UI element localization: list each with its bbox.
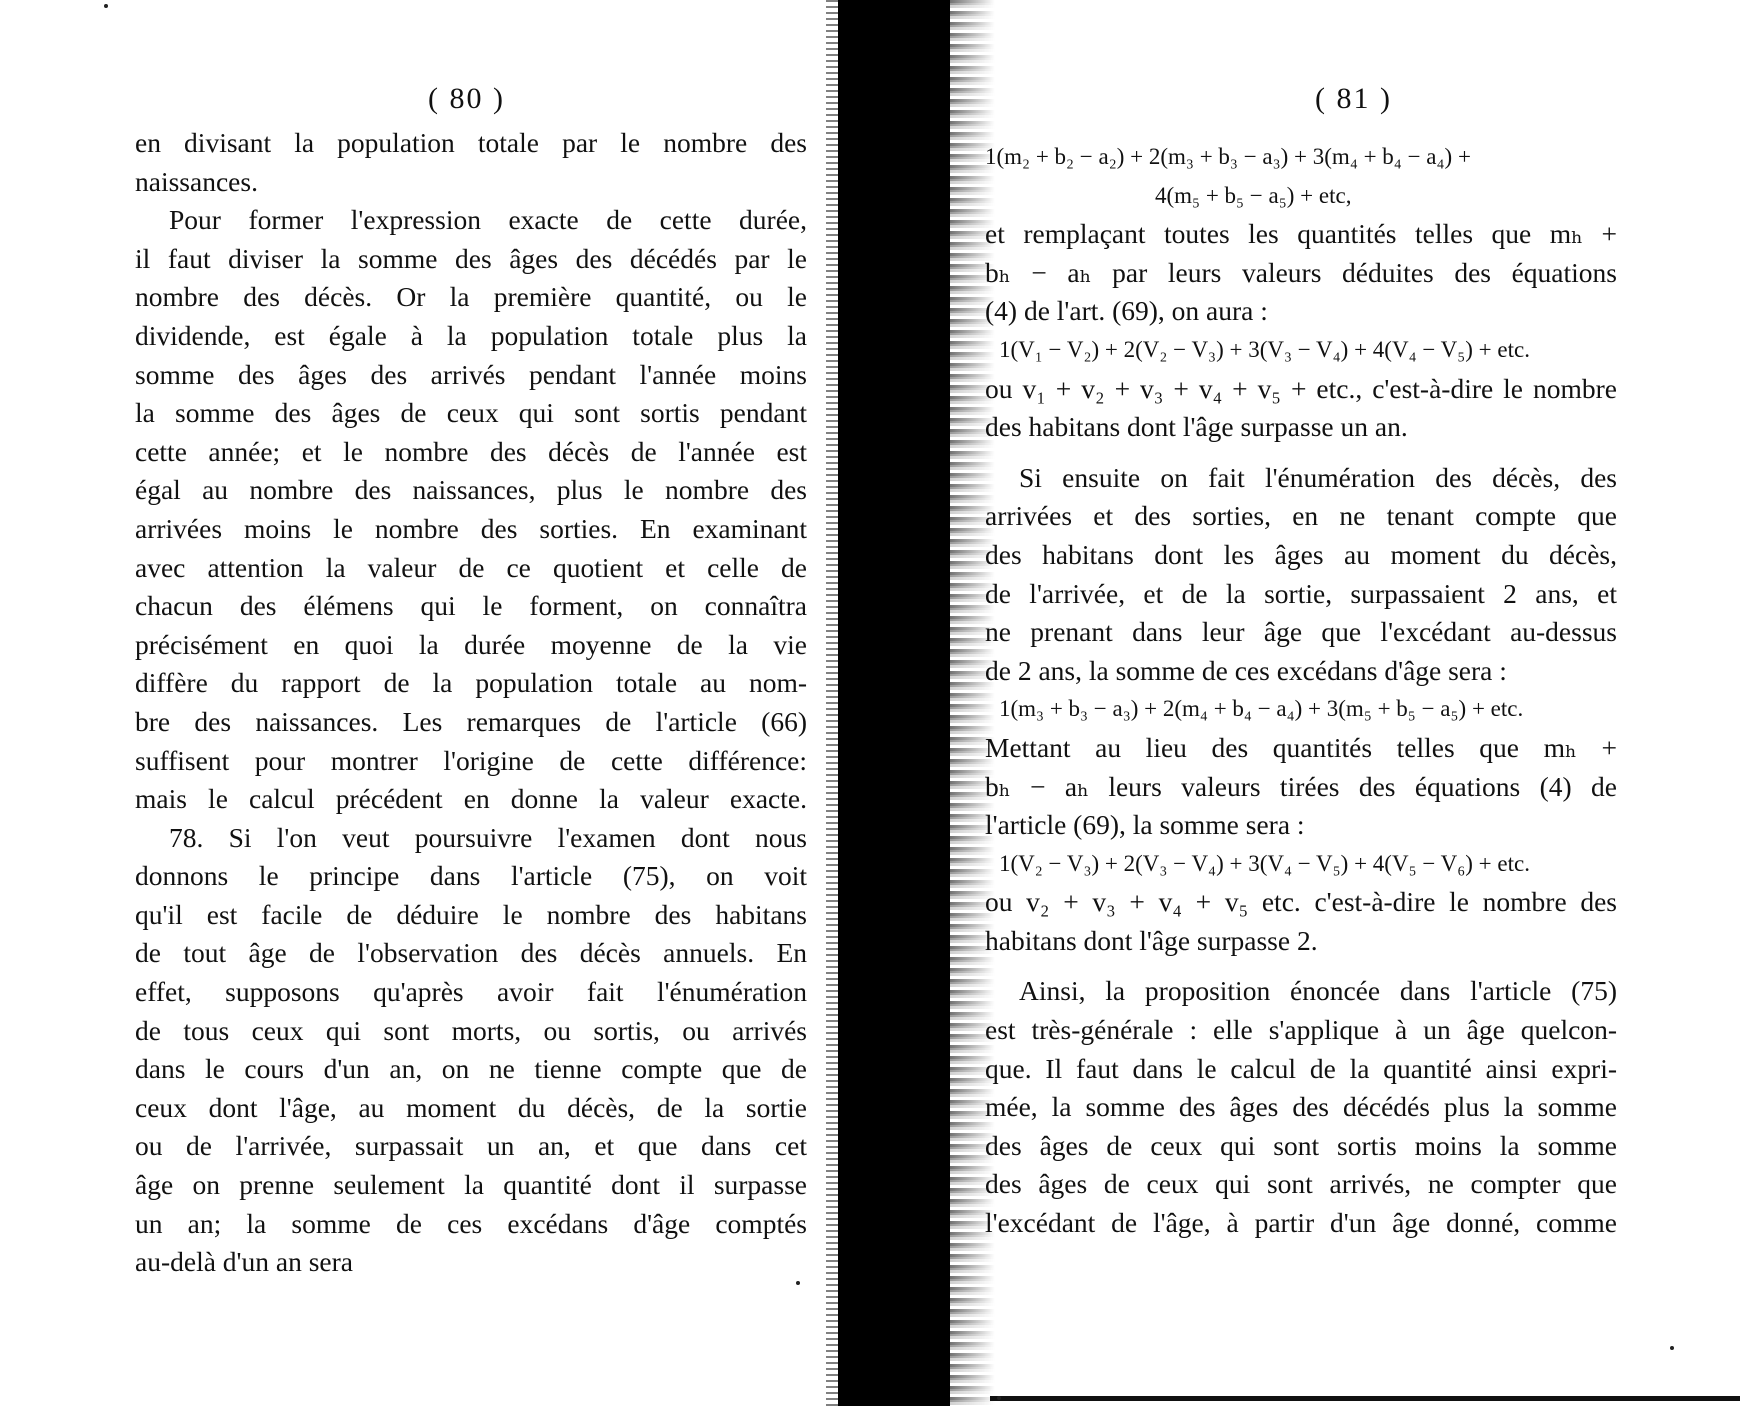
text-line: la somme des âges de ceux qui sont sorti… [135, 394, 807, 433]
text-line: de tous ceux qui sont morts, ou sortis, … [135, 1012, 807, 1051]
text-line: des habitans dont les âges au moment du … [985, 536, 1617, 575]
text-line: arrivées moins le nombre des sorties. En… [135, 510, 807, 549]
formula-line: 1(V₁ − V₂) + 2(V₂ − V₃) + 3(V₃ − V₄) + 4… [985, 331, 1617, 370]
text-line: est très-générale : elle s'applique à un… [985, 1011, 1617, 1050]
text-line: de 2 ans, la somme de ces excédans d'âge… [985, 652, 1617, 691]
text-line: au-delà d'un an sera [135, 1243, 807, 1282]
right-page: ( 81 ) 1(m₂ + b₂ − a₂) + 2(m₃ + b₃ − a₃)… [955, 0, 1740, 1406]
text-line: diffère du rapport de la population tota… [135, 664, 807, 703]
text-line: chacun des élémens qui le forment, on co… [135, 587, 807, 626]
text-line: Pour former l'expression exacte de cette… [135, 201, 807, 240]
left-page: ( 80 ) en divisant la population totale … [0, 0, 830, 1406]
formula-line: 1(V₂ − V₃) + 2(V₃ − V₄) + 3(V₄ − V₅) + 4… [985, 845, 1617, 884]
text-line: bₕ − aₕ leurs valeurs tirées des équatio… [985, 768, 1617, 807]
page-number-left: ( 80 ) [428, 82, 505, 116]
text-line: l'excédant de l'âge, à partir d'un âge d… [985, 1204, 1617, 1243]
text-line: en divisant la population totale par le … [135, 124, 807, 163]
text-line: il faut diviser la somme des âges des dé… [135, 240, 807, 279]
text-line: (4) de l'art. (69), on aura : [985, 292, 1617, 331]
text-line: qu'il est facile de déduire le nombre de… [135, 896, 807, 935]
text-line: mais le calcul précédent en donne la val… [135, 780, 807, 819]
text-line: des âges de ceux qui sont arrivés, ne co… [985, 1165, 1617, 1204]
text-line: habitans dont l'âge surpasse 2. [985, 922, 1617, 961]
formula-line: 4(m₅ + b₅ − a₅) + etc, [985, 177, 1617, 216]
text-line: bre des naissances. Les remarques de l'a… [135, 703, 807, 742]
text-line: cette année; et le nombre des décès de l… [135, 433, 807, 472]
text-line: et remplaçant toutes les quantités telle… [985, 215, 1617, 254]
text-line: nombre des décès. Or la première quantit… [135, 278, 807, 317]
binding-gutter [838, 0, 950, 1406]
text-line: naissances. [135, 163, 807, 202]
text-line: âge on prenne seulement la quantité dont… [135, 1166, 807, 1205]
text-line: de l'arrivée, et de la sortie, surpassai… [985, 575, 1617, 614]
text-line: dans le cours d'un an, on ne tienne comp… [135, 1050, 807, 1089]
text-line: Si ensuite on fait l'énumération des déc… [985, 459, 1617, 498]
text-line: mée, la somme des âges des décédés plus … [985, 1088, 1617, 1127]
text-line: arrivées et des sorties, en ne tenant co… [985, 497, 1617, 536]
text-line: ceux dont l'âge, au moment du décès, de … [135, 1089, 807, 1128]
text-line: ou v₁ + v₂ + v₃ + v₄ + v₅ + etc., c'est-… [985, 370, 1617, 409]
page-number-right: ( 81 ) [1315, 82, 1392, 116]
scan-speck [796, 1281, 800, 1285]
text-line: un an; la somme de ces excédans d'âge co… [135, 1205, 807, 1244]
text-line: de tout âge de l'observation des décès a… [135, 934, 807, 973]
text-line: l'article (69), la somme sera : [985, 806, 1617, 845]
text-line: que. Il faut dans le calcul de la quanti… [985, 1050, 1617, 1089]
scan-speck [1670, 1346, 1674, 1350]
text-line: bₕ − aₕ par leurs valeurs déduites des é… [985, 254, 1617, 293]
text-line: dividende, est égale à la population tot… [135, 317, 807, 356]
text-line: somme des âges des arrivés pendant l'ann… [135, 356, 807, 395]
text-line: avec attention la valeur de ce quotient … [135, 549, 807, 588]
page-edge-rule [990, 1396, 1740, 1401]
text-line: égal au nombre des naissances, plus le n… [135, 471, 807, 510]
text-line: Ainsi, la proposition énoncée dans l'art… [985, 972, 1617, 1011]
text-line: suffisent pour montrer l'origine de cett… [135, 742, 807, 781]
scan-speck [997, 1396, 1001, 1400]
text-line: ne prenant dans leur âge que l'excédant … [985, 613, 1617, 652]
text-line: ou v₂ + v₃ + v₄ + v₅ etc. c'est-à-dire l… [985, 883, 1617, 922]
text-line: précisément en quoi la durée moyenne de … [135, 626, 807, 665]
book-spread: ( 80 ) en divisant la population totale … [0, 0, 1740, 1406]
left-page-text: en divisant la population totale par le … [135, 124, 807, 1282]
formula-line: 1(m₃ + b₃ − a₃) + 2(m₄ + b₄ − a₄) + 3(m₅… [985, 690, 1617, 729]
text-line: des habitans dont l'âge surpasse un an. [985, 408, 1617, 447]
text-line: Mettant au lieu des quantités telles que… [985, 729, 1617, 768]
formula-line: 1(m₂ + b₂ − a₂) + 2(m₃ + b₃ − a₃) + 3(m₄… [985, 138, 1617, 177]
right-page-text: 1(m₂ + b₂ − a₂) + 2(m₃ + b₃ − a₃) + 3(m₄… [985, 138, 1617, 1243]
text-line: donnons le principe dans l'article (75),… [135, 857, 807, 896]
scan-speck [104, 4, 108, 8]
article-78-heading-line: 78. Si l'on veut poursuivre l'examen don… [135, 819, 807, 858]
text-line: des âges de ceux qui sont sortis moins l… [985, 1127, 1617, 1166]
text-line: effet, supposons qu'après avoir fait l'é… [135, 973, 807, 1012]
text-line: ou de l'arrivée, surpassait un an, et qu… [135, 1127, 807, 1166]
